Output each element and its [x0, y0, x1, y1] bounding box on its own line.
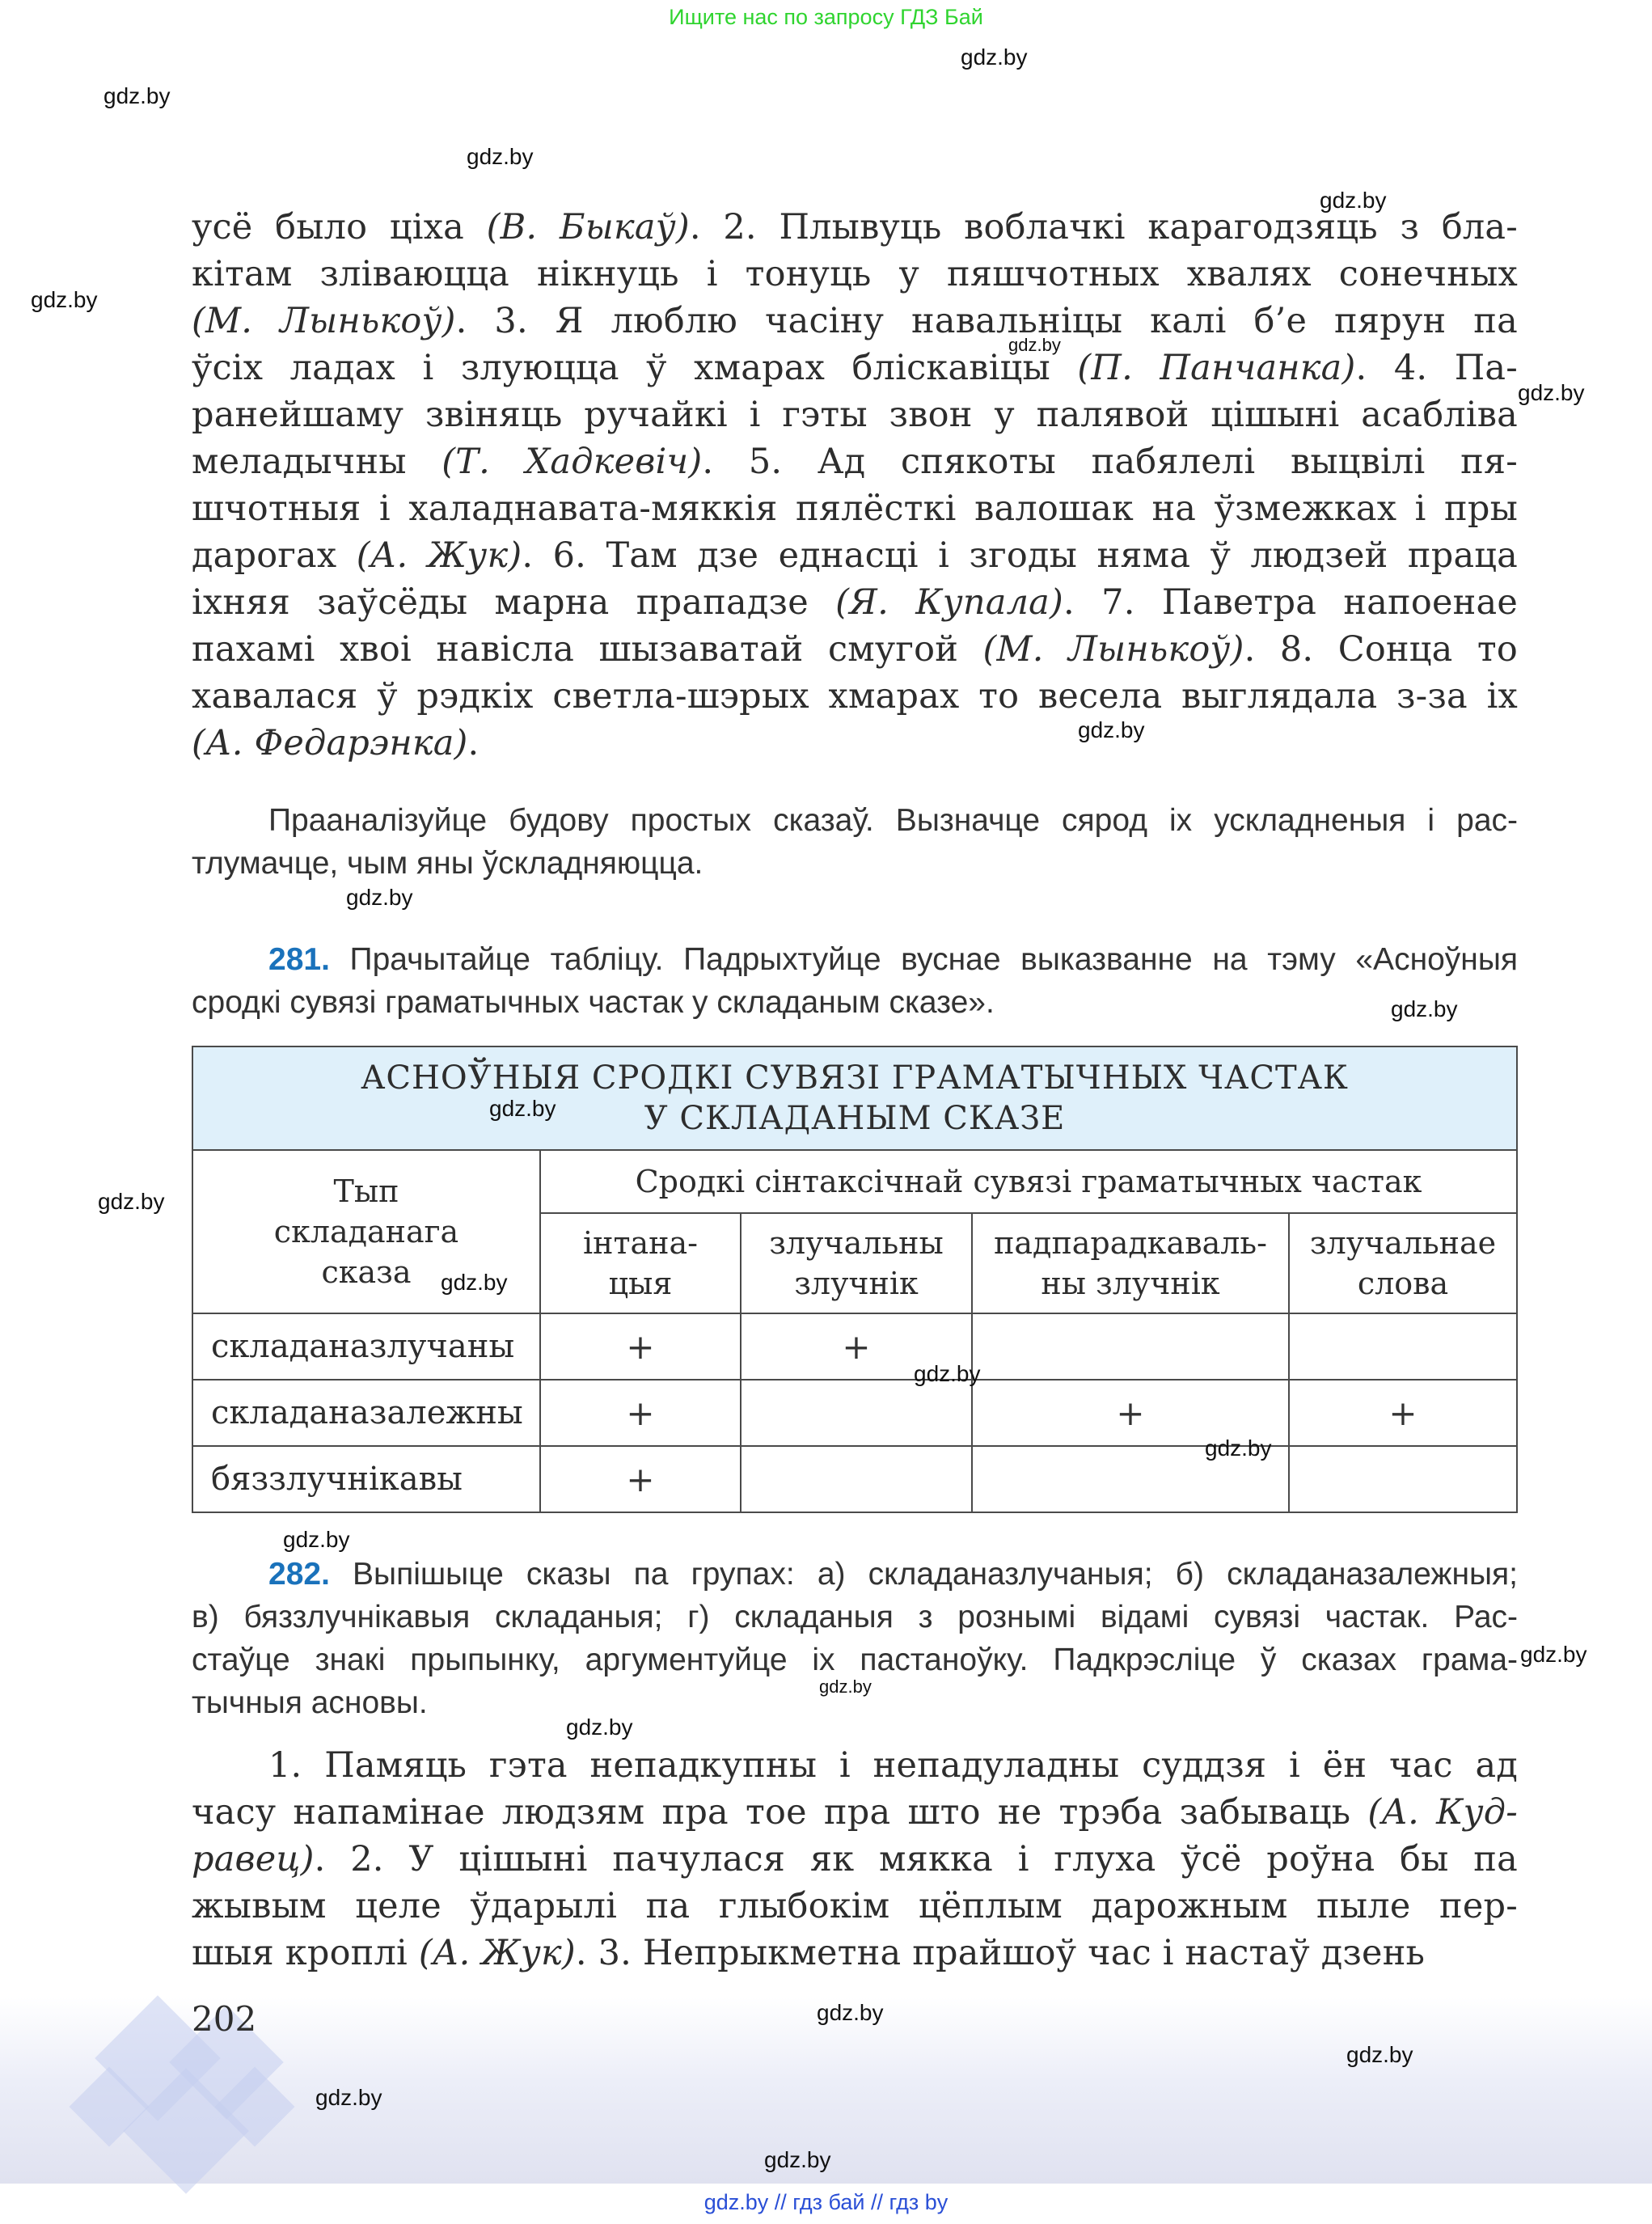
- watermark: gdz.by: [1346, 2042, 1413, 2068]
- author-attribution: (М. Лынькоў): [983, 629, 1244, 670]
- table-cell: +: [540, 1446, 741, 1512]
- text-line: меладычны (Т. Хадкевіч). 5. Ад спякоты п…: [192, 438, 1518, 485]
- text-line: часу напамінае людзям пра тое пра што не…: [192, 1789, 1518, 1836]
- footer-links[interactable]: gdz.by // гдз бай // гдз by: [0, 2190, 1652, 2215]
- watermark: gdz.by: [1518, 380, 1585, 406]
- text-line: 282. Выпішыце сказы па групах: а) склада…: [192, 1553, 1518, 1596]
- text-line: 281. Прачытайце табліцу. Падрыхтуйце вус…: [192, 938, 1518, 981]
- watermark: gdz.by: [1520, 1642, 1587, 1668]
- author-attribution: (А. Федарэнка): [192, 723, 468, 763]
- watermark: gdz.by: [346, 885, 413, 911]
- watermark: gdz.by: [31, 287, 98, 313]
- watermark: gdz.by: [467, 144, 534, 170]
- watermark: gdz.by: [1205, 1435, 1272, 1461]
- text-line: стаўце знакі прыпынку, аргументуйце іх п…: [192, 1638, 1518, 1681]
- text-line: дарогах (А. Жук). 6. Там дзе еднасці і з…: [192, 532, 1518, 579]
- text-line: кітам зліваюцца нікнуць і тонуць у пяшчо…: [192, 251, 1518, 298]
- author-attribution: (А. Жук): [419, 1933, 576, 1973]
- text-line: тлумачце, чым яны ўскладняюцца.: [192, 842, 1518, 885]
- text-line: ўсіх ладах і злуюцца ў хмарах бліскавіцы…: [192, 345, 1518, 391]
- author-attribution: (Т. Хадкевіч): [442, 442, 702, 482]
- task-instructions: Прааналізуйце будову простых сказаў. Выз…: [192, 799, 1518, 885]
- author-attribution: (А. Жук): [357, 535, 522, 576]
- watermark: gdz.by: [104, 83, 171, 109]
- connection-means-table: АСНОЎНЫЯ СРОДКІ СУВЯЗІ ГРАМАТЫЧНЫХ ЧАСТА…: [192, 1046, 1518, 1513]
- table-cell: [741, 1446, 972, 1512]
- page-number: 202: [192, 1999, 256, 2039]
- author-attribution: (Я. Купала): [835, 582, 1063, 623]
- table-title: АСНОЎНЫЯ СРОДКІ СУВЯЗІ ГРАМАТЫЧНЫХ ЧАСТА…: [192, 1046, 1517, 1150]
- table-cell: +: [540, 1313, 741, 1380]
- passage-continued: усё было ціха (В. Быкаў). 2. Плывуць воб…: [192, 204, 1518, 767]
- author-attribution: (В. Быкаў): [487, 207, 690, 247]
- text-line: сродкі сувязі граматычных частак у склад…: [192, 981, 1518, 1024]
- table-cell: [1289, 1313, 1517, 1380]
- text-line: 1. Памяць гэта непадкупны і непадуладны …: [192, 1742, 1518, 1789]
- exercise-282-sentences: 1. Памяць гэта непадкупны і непадуладны …: [192, 1742, 1518, 1977]
- exercise-282: 282. Выпішыце сказы па групах: а) склада…: [192, 1553, 1518, 1724]
- table-row: складаназалежны+++: [192, 1380, 1517, 1446]
- column-header-coordinating-conjunction: злучальнызлучнік: [741, 1213, 972, 1313]
- table-row: бяззлучнікавы+: [192, 1446, 1517, 1512]
- watermark: gdz.by: [441, 1270, 508, 1296]
- author-attribution: (М. Лынькоў): [192, 301, 456, 341]
- exercise-281: 281. Прачытайце табліцу. Падрыхтуйце вус…: [192, 938, 1518, 1024]
- text-line: (М. Лынькоў). 3. Я люблю часіну навальні…: [192, 298, 1518, 345]
- search-banner[interactable]: Ищите нас по запросу ГДЗ Бай: [0, 5, 1652, 30]
- text-line: Прааналізуйце будову простых сказаў. Выз…: [192, 799, 1518, 842]
- text-line: шчотныя і халаднавата-мяккія пялёсткі ва…: [192, 485, 1518, 532]
- text-line: тычныя асновы.: [192, 1681, 1518, 1724]
- watermark: gdz.by: [764, 2147, 831, 2173]
- column-header-intonation: інтана-цыя: [540, 1213, 741, 1313]
- table-cell: [741, 1380, 972, 1446]
- watermark: gdz.by: [914, 1361, 981, 1387]
- text-line: в) бяззлучнікавыя складаныя; г) складаны…: [192, 1596, 1518, 1638]
- author-attribution: (П. Панчанка): [1077, 348, 1355, 388]
- watermark: gdz.by: [283, 1527, 350, 1553]
- text-line: шыя кроплі (А. Жук). 3. Непрыкметна прай…: [192, 1930, 1518, 1977]
- text-line: жывым целе ўдарылі па глыбокім цёплым да…: [192, 1883, 1518, 1930]
- text-line: іхняя заўсёды марна прападзе (Я. Купала)…: [192, 579, 1518, 626]
- text-line: усё было ціха (В. Быкаў). 2. Плывуць воб…: [192, 204, 1518, 251]
- row-label: складаназалежны: [192, 1380, 540, 1446]
- text-line: пахамі хвоі навісла шызаватай смугой (М.…: [192, 626, 1518, 673]
- column-header-subordinating-conjunction: падпарадкаваль-ны злучнік: [972, 1213, 1289, 1313]
- watermark: gdz.by: [315, 2085, 382, 2111]
- watermark: gdz.by: [489, 1096, 556, 1122]
- table-cell: [1289, 1446, 1517, 1512]
- watermark: gdz.by: [817, 2000, 884, 2026]
- table-cell: +: [540, 1380, 741, 1446]
- table-cell: [972, 1313, 1289, 1380]
- watermark: gdz.by: [961, 44, 1028, 70]
- text-line: хавалася ў рэдкіх светла-шэрых хмарах то…: [192, 673, 1518, 720]
- text-line: ранейшаму звіняць ручайкі і гэты звон у …: [192, 391, 1518, 438]
- group-header: Сродкі сінтаксічнай сувязі граматычных ч…: [540, 1150, 1517, 1213]
- watermark: gdz.by: [98, 1189, 165, 1215]
- row-label: бяззлучнікавы: [192, 1446, 540, 1512]
- table-cell: +: [1289, 1380, 1517, 1446]
- table-row: складаназлучаны++: [192, 1313, 1517, 1380]
- text-line: равец). 2. У цішыні пачулася як мякка і …: [192, 1836, 1518, 1883]
- exercise-number: 281.: [268, 942, 350, 977]
- author-attribution: (А. Куд-: [1367, 1792, 1518, 1833]
- row-label: складаназлучаны: [192, 1313, 540, 1380]
- author-attribution: равец): [192, 1839, 315, 1879]
- column-header-relative-word: злучальнаеслова: [1289, 1213, 1517, 1313]
- text-line: (А. Федарэнка).: [192, 720, 1518, 767]
- exercise-number: 282.: [268, 1557, 353, 1592]
